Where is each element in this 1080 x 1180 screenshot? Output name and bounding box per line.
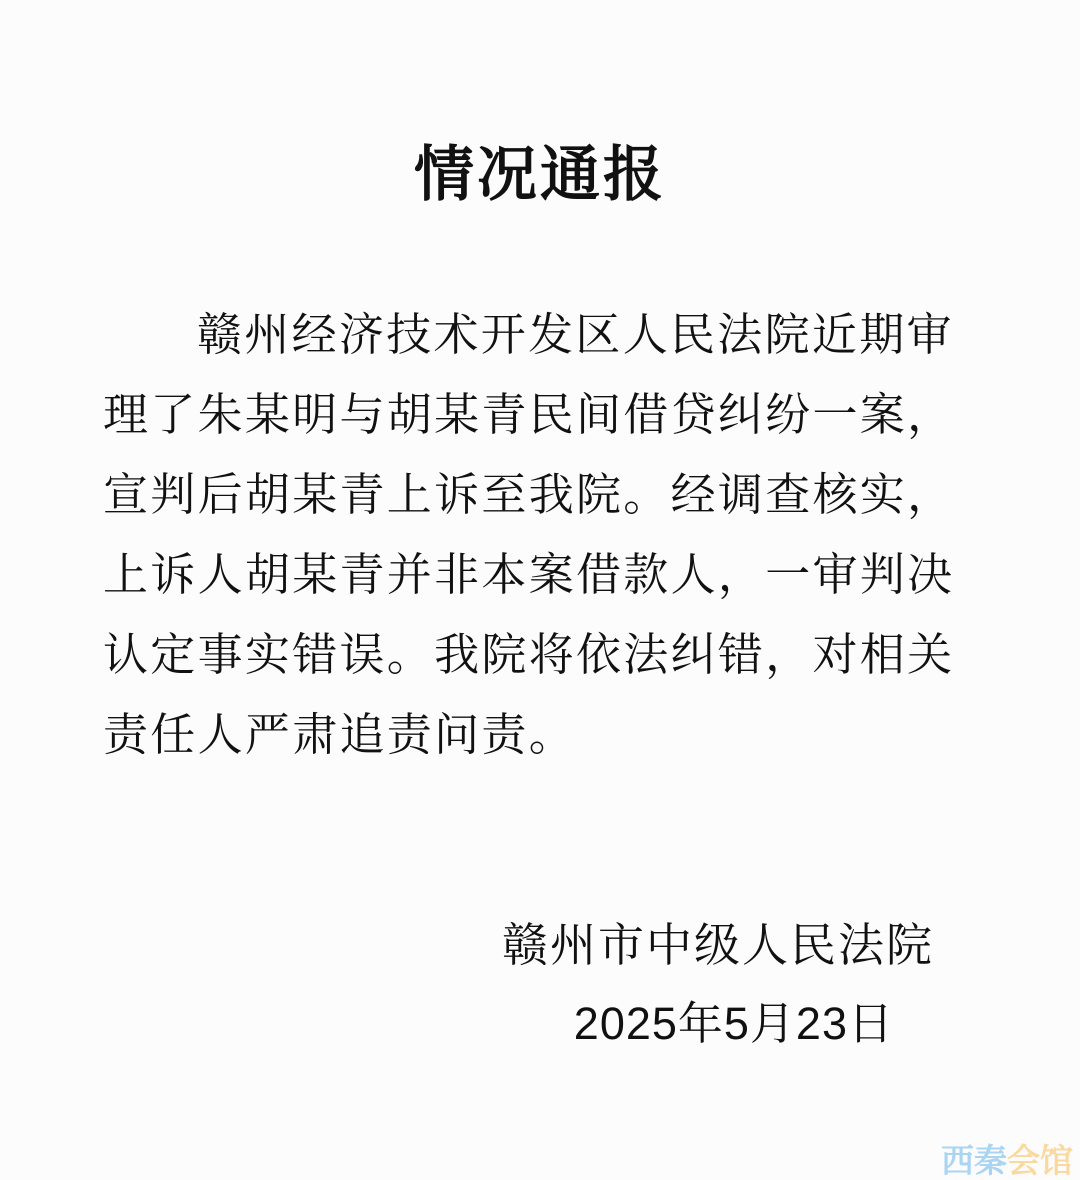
- issuer-signature: 赣州市中级人民法院: [502, 922, 934, 968]
- watermark-part1: 西秦: [941, 1142, 1007, 1179]
- body-line-2: 理了朱某明与胡某青民间借贷纠纷一案，: [103, 375, 983, 455]
- body-line-4: 上诉人胡某青并非本案借款人，一审判决: [103, 535, 983, 615]
- watermark-part2: 会馆: [1007, 1142, 1073, 1179]
- body-line-6: 责任人严肃追责问责。: [103, 695, 983, 775]
- notice-date: 2025年5月23日: [574, 1001, 894, 1046]
- body-line-5: 认定事实错误。我院将依法纠错，对相关: [103, 615, 983, 695]
- site-watermark: 西秦会馆: [941, 1144, 1073, 1177]
- notice-body: 赣州经济技术开发区人民法院近期审 理了朱某明与胡某青民间借贷纠纷一案， 宣判后胡…: [103, 295, 983, 775]
- body-line-3: 宣判后胡某青上诉至我院。经调查核实，: [103, 455, 983, 535]
- notice-document: 情况通报 赣州经济技术开发区人民法院近期审 理了朱某明与胡某青民间借贷纠纷一案，…: [0, 0, 1080, 1180]
- notice-title: 情况通报: [0, 145, 1080, 205]
- body-line-1: 赣州经济技术开发区人民法院近期审: [103, 295, 983, 375]
